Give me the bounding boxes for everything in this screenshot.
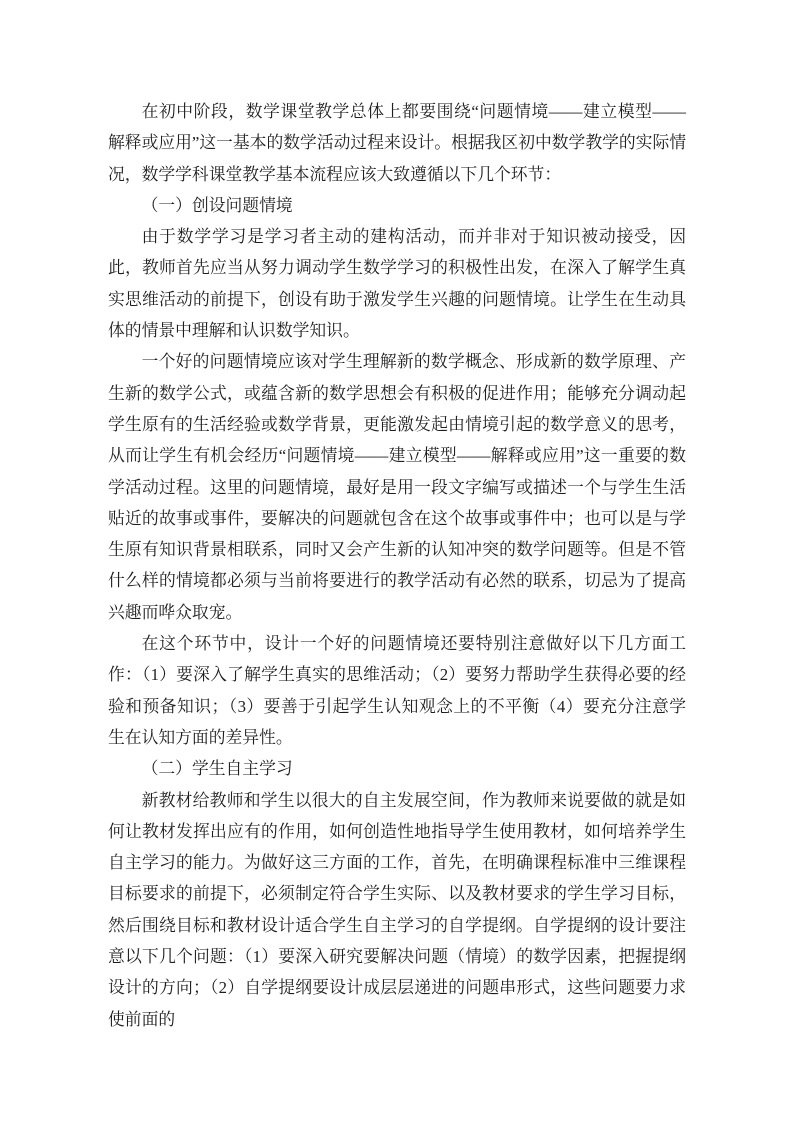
section-heading-create-problem-situation: （一）创设问题情境 bbox=[108, 190, 686, 221]
paragraph-good-problem-situation: 一个好的问题情境应该对学生理解新的数学概念、形成新的数学原理、产生新的数学公式，… bbox=[108, 346, 686, 628]
document-background: { "document": { "background_color": "#ff… bbox=[0, 0, 800, 1130]
paragraph-design-notes: 在这个环节中，设计一个好的问题情境还要特别注意做好以下几方面工作：（1）要深入了… bbox=[108, 628, 686, 753]
paragraph-new-textbook: 新教材给教师和学生以很大的自主发展空间，作为教师来说要做的就是如何让教材发挥出应… bbox=[108, 785, 686, 1035]
document-page: 在初中阶段，数学课堂教学总体上都要围绕“问题情境——建立模型——解释或应用”这一… bbox=[108, 96, 686, 1035]
intro-paragraph: 在初中阶段，数学课堂教学总体上都要围绕“问题情境——建立模型——解释或应用”这一… bbox=[108, 96, 686, 190]
paragraph-constructive-learning: 由于数学学习是学习者主动的建构活动，而并非对于知识被动接受，因此，教师首先应当从… bbox=[108, 221, 686, 346]
section-heading-student-self-learning: （二）学生自主学习 bbox=[108, 753, 686, 784]
